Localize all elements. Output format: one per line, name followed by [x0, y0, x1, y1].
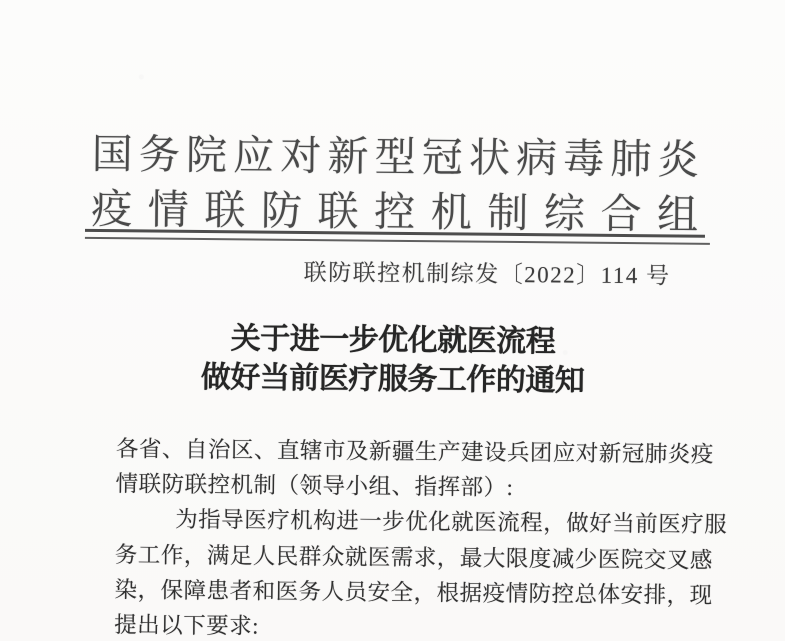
salutation-line: 各省、自治区、直辖市及新疆生产建设兵团应对新冠肺炎疫 — [116, 431, 716, 472]
scan-tilt-wrapper: 国务院应对新型冠状病毒肺炎 疫情联防联控机制综合组 联防联控机制综发〔2022〕… — [0, 0, 785, 641]
paragraph-line: 提出以下要求: — [114, 607, 714, 641]
scanned-notice-page: 国务院应对新型冠状病毒肺炎 疫情联防联控机制综合组 联防联控机制综发〔2022〕… — [0, 0, 785, 641]
issuing-agency-line-1: 国务院应对新型冠状病毒肺炎 — [92, 132, 699, 182]
document-number: 联防联控机制综发〔2022〕114 号 — [84, 256, 670, 292]
document-title-line-1: 关于进一步优化就医流程 — [83, 318, 703, 363]
paragraph-line: 为指导医疗机构进一步优化就医流程，做好当前医疗服 — [115, 502, 715, 543]
document-title: 关于进一步优化就医流程 做好当前医疗服务工作的通知 — [82, 318, 703, 402]
header-divider-thin-rule — [85, 237, 710, 244]
paragraph-line: 务工作，满足人民群众就医需求，最大限度减少医院交叉感 — [115, 537, 715, 578]
document-title-line-2: 做好当前医疗服务工作的通知 — [82, 357, 702, 402]
salutation-line: 情联防联控机制（领导小组、指挥部）: — [115, 466, 715, 507]
document-body: 各省、自治区、直辖市及新疆生产建设兵团应对新冠肺炎疫 情联防联控机制（领导小组、… — [114, 431, 716, 641]
paragraph-line: 染，保障患者和医务人员安全，根据疫情防控总体安排，现 — [114, 572, 714, 613]
